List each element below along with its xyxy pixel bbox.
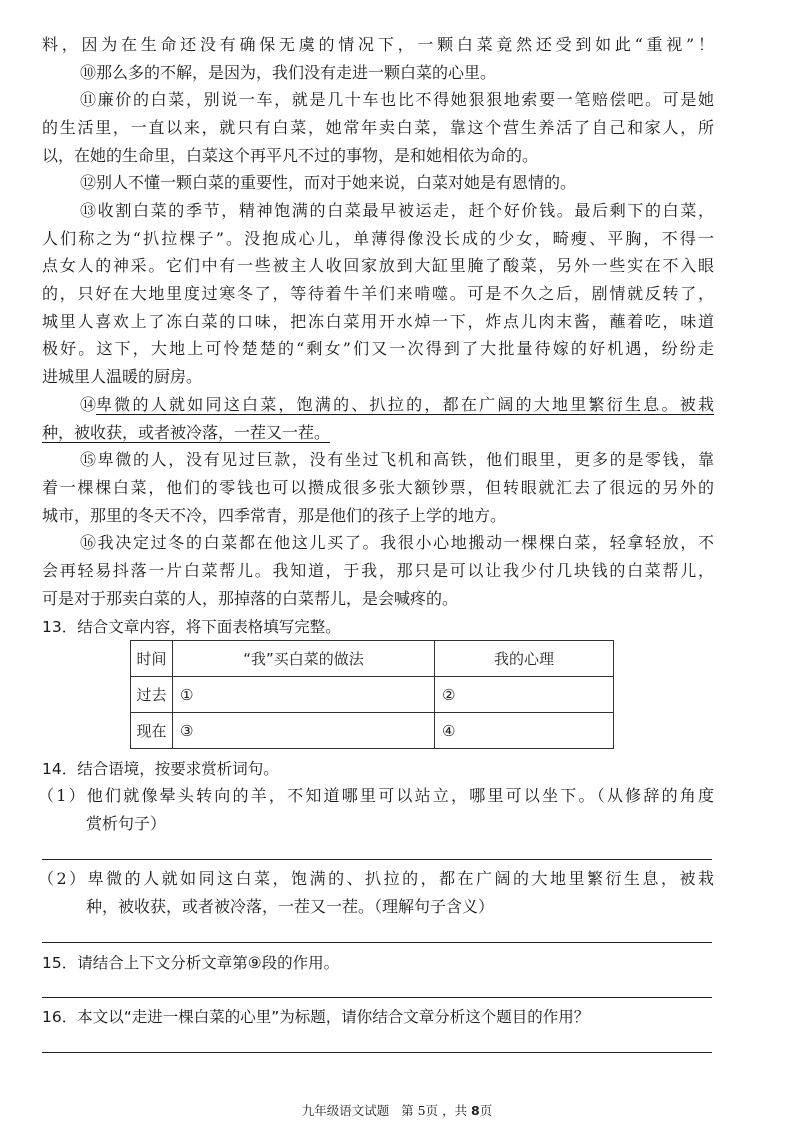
question-14-sub2: （2）卑微的人就如同这白菜，饱满的、扒拉的，都在广阔的大地里繁衍生息，被栽 bbox=[38, 869, 714, 889]
exam-title: 九年级语文试题 bbox=[302, 1103, 390, 1118]
answer-cell-3[interactable]: ③ bbox=[173, 713, 435, 749]
passage-line: 种，被收获，或者被冷落，一茬又一茬。 bbox=[42, 423, 714, 443]
paragraph-number: ⑭ bbox=[80, 395, 96, 415]
table-cell-time: 过去 bbox=[131, 677, 173, 713]
question-13-prompt: 13．结合文章内容，将下面表格填写完整。 bbox=[42, 617, 714, 637]
answer-line[interactable] bbox=[42, 997, 712, 998]
page-total: 8 bbox=[471, 1103, 480, 1118]
answer-line[interactable] bbox=[42, 1052, 712, 1053]
underlined-sentence: 卑微的人就如同这白菜，饱满的、扒拉的，都在广阔的大地里繁衍生息。被栽 bbox=[96, 395, 714, 415]
table-cell-time: 现在 bbox=[131, 713, 173, 749]
question-15-prompt: 15．请结合上下文分析文章第⑨段的作用。 bbox=[42, 953, 714, 973]
passage-paragraph-10: ⑩那么多的不解，是因为，我们没有走进一颗白菜的心里。 bbox=[80, 63, 714, 83]
answer-cell-4[interactable]: ④ bbox=[435, 713, 614, 749]
passage-line: 以，在她的生命里，白菜这个再平凡不过的事物，是和她相依为命的。 bbox=[42, 146, 714, 166]
table-header-row: 时间 “我”买白菜的做法 我的心理 bbox=[131, 641, 614, 677]
question-14-sub1-cont: 赏析句子） bbox=[86, 814, 714, 834]
page-number: 第 5页 ，共 bbox=[401, 1103, 471, 1118]
table-header-cell: 时间 bbox=[131, 641, 173, 677]
passage-line: 城里人喜欢上了冻白菜的口味，把冻白菜用开水焯一下，炸点儿肉末酱，蘸着吃，味道 bbox=[42, 312, 714, 332]
passage-line: 的生活里，一直以来，就只有白菜，她常年卖白菜，靠这个营生养活了自己和家人，所 bbox=[42, 118, 714, 138]
passage-paragraph-15: ⑮卑微的人，没有见过巨款，没有坐过飞机和高铁，他们眼里，更多的是零钱，靠 bbox=[80, 450, 714, 470]
question-16-prompt: 16．本文以“走进一棵白菜的心里”为标题，请你结合文章分析这个题目的作用？ bbox=[42, 1007, 714, 1027]
table-header-cell: 我的心理 bbox=[435, 641, 614, 677]
table-row: 现在 ③ ④ bbox=[131, 713, 614, 749]
passage-paragraph-11: ⑪廉价的白菜，别说一车，就是几十车也比不得她狠狠地索要一笔赔偿吧。可是她 bbox=[80, 90, 714, 110]
passage-paragraph-14: ⑭ 卑微的人就如同这白菜，饱满的、扒拉的，都在广阔的大地里繁衍生息。被栽 bbox=[80, 395, 714, 415]
passage-line: 料，因为在生命还没有确保无虞的情况下，一颗白菜竟然还受到如此“重视”！ bbox=[42, 35, 714, 55]
underlined-sentence: 种，被收获，或者被冷落，一茬又一茬。 bbox=[42, 423, 330, 442]
passage-line: 着一棵棵白菜，他们的零钱也可以攒成很多张大额钞票，但转眼就汇去了很远的另外的 bbox=[42, 478, 714, 498]
passage-line: 人们称之为“扒拉棵子”。没抱成心儿，单薄得像没长成的少女，畸瘦、平胸，不得一 bbox=[42, 229, 714, 249]
answer-line[interactable] bbox=[42, 942, 712, 943]
question-13-table: 时间 “我”买白菜的做法 我的心理 过去 ① ② 现在 ③ ④ bbox=[130, 640, 614, 749]
passage-line: 城市，那里的冬天不冷，四季常青，那是他们的孩子上学的地方。 bbox=[42, 506, 714, 526]
passage-paragraph-13: ⑬收割白菜的季节，精神饱满的白菜最早被运走，赶个好价钱。最后剩下的白菜， bbox=[80, 201, 714, 221]
passage-line: 进城里人温暖的厨房。 bbox=[42, 367, 714, 387]
answer-cell-1[interactable]: ① bbox=[173, 677, 435, 713]
passage-line: 极好。这下，大地上可怜楚楚的“剩女”们又一次得到了大批量待嫁的好机遇，纷纷走 bbox=[42, 339, 714, 359]
passage-paragraph-12: ⑫别人不懂一颗白菜的重要性，而对于她来说，白菜对她是有恩情的。 bbox=[80, 173, 714, 193]
passage-line: 会再轻易抖落一片白菜帮儿。我知道，于我，那只是可以让我少付几块钱的白菜帮儿， bbox=[42, 561, 714, 581]
question-14-prompt: 14．结合语境，按要求赏析词句。 bbox=[42, 759, 714, 779]
answer-line[interactable] bbox=[42, 859, 712, 860]
page-footer: 九年级语文试题 第 5页 ，共 8页 bbox=[0, 1101, 794, 1119]
table-row: 过去 ① ② bbox=[131, 677, 614, 713]
answer-cell-2[interactable]: ② bbox=[435, 677, 614, 713]
page-suffix: 页 bbox=[480, 1103, 493, 1118]
passage-paragraph-16: ⑯我决定过冬的白菜都在他这儿买了。我很小心地搬动一棵棵白菜，轻拿轻放，不 bbox=[80, 533, 714, 553]
question-14-sub2-cont: 种，被收获，或者被冷落，一茬又一茬。（理解句子含义） bbox=[86, 897, 714, 917]
passage-line: 点女人的神采。它们中有一些被主人收回家放到大缸里腌了酸菜，另外一些实在不入眼 bbox=[42, 256, 714, 276]
table-header-cell: “我”买白菜的做法 bbox=[173, 641, 435, 677]
question-14-sub1: （1）他们就像晕头转向的羊，不知道哪里可以站立，哪里可以坐下。（从修辞的角度 bbox=[38, 786, 714, 806]
passage-line: 可是对于那卖白菜的人，那掉落的白菜帮儿，是会喊疼的。 bbox=[42, 589, 714, 609]
passage-line: 的，只好在大地里度过寒冬了，等待着牛羊们来啃噬。可是不久之后，剧情就反转了， bbox=[42, 284, 714, 304]
